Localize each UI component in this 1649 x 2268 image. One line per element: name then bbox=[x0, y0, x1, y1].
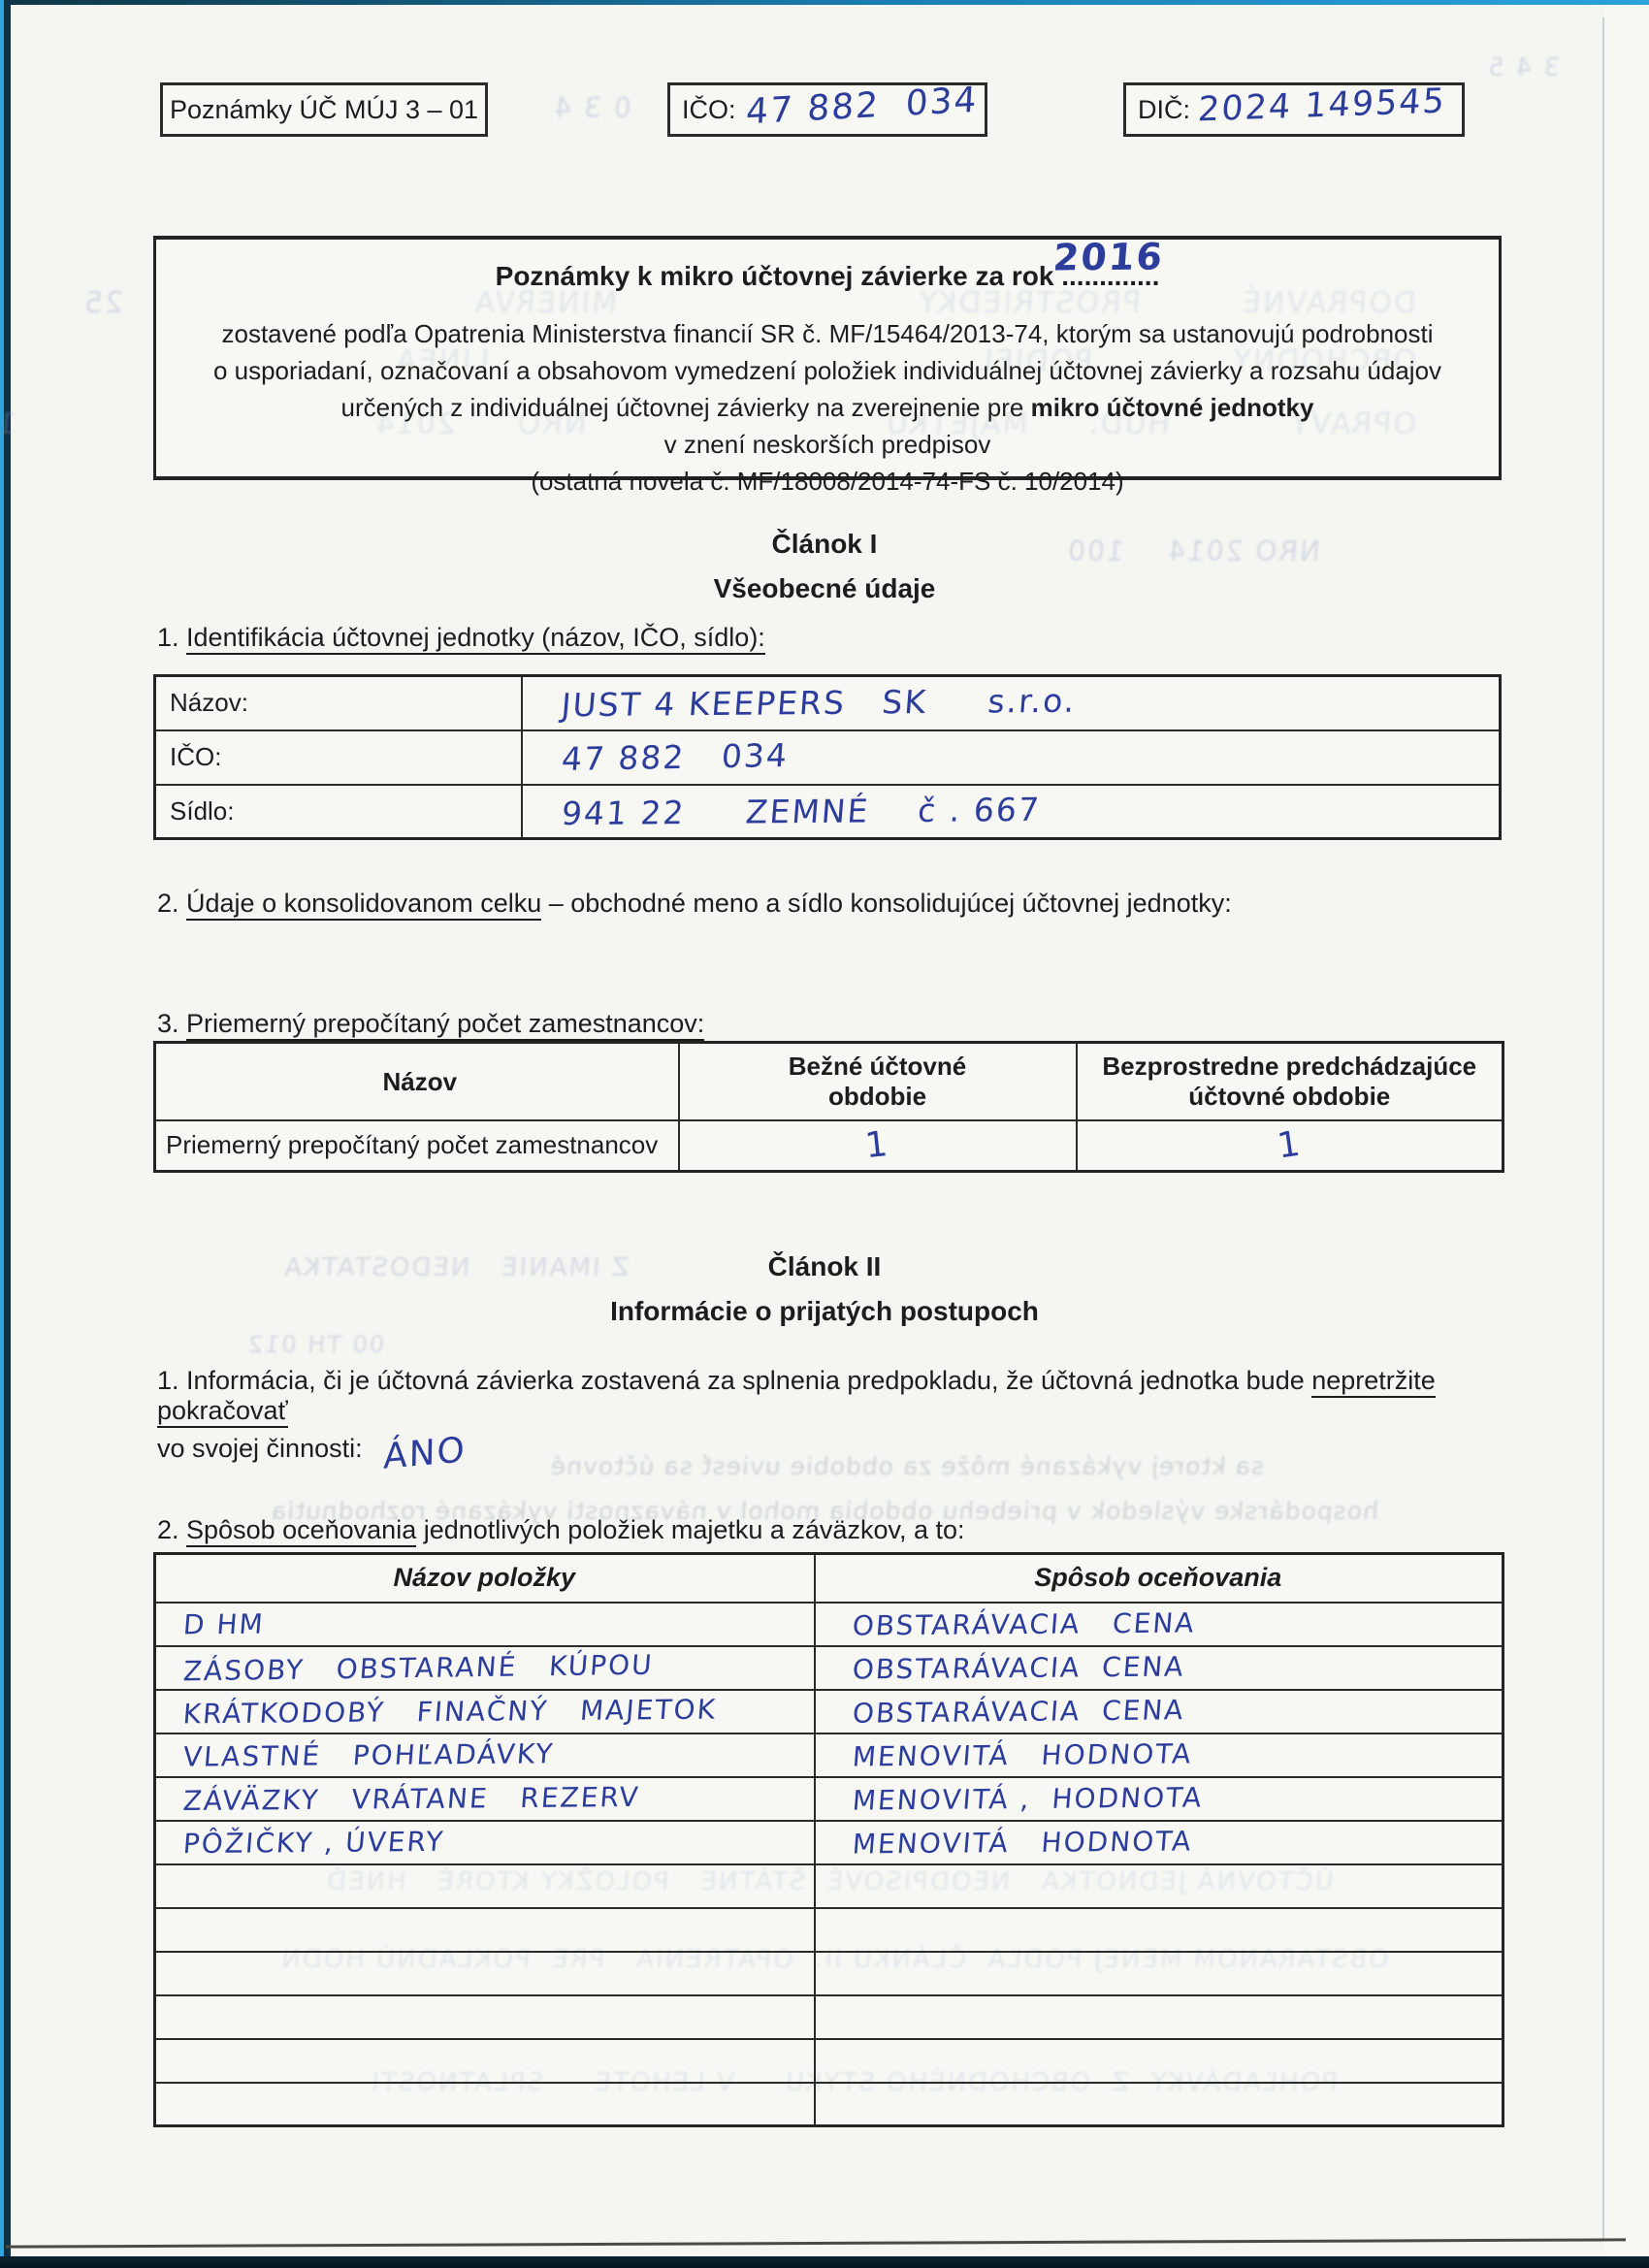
form-code-box: Poznámky ÚČ MÚJ 3 – 01 bbox=[160, 82, 488, 137]
dic-label: DIČ: bbox=[1138, 95, 1190, 125]
val-col-name: Názov položky bbox=[155, 1554, 815, 1603]
emp-col-previous: Bezprostredne predchádzajúce účtovné obd… bbox=[1077, 1043, 1503, 1121]
handwritten-value: 47 882 034 bbox=[560, 736, 790, 778]
header-line-bold: mikro účtovné jednotky bbox=[1031, 393, 1314, 422]
article1-title: Článok I bbox=[0, 522, 1649, 567]
valuation-table: Názov položky Spôsob oceňovania D HM OBS… bbox=[153, 1552, 1504, 2127]
article2-item1-line1: 1. Informácia, či je účtovná závierka zo… bbox=[157, 1366, 1515, 1426]
handwritten-method: OBSTARÁVACIA CENA bbox=[851, 1650, 1185, 1685]
header-frame: Poznámky k mikro účtovnej závierke za ro… bbox=[153, 236, 1502, 480]
table-row: ZÁSOBY OBSTARANÉ KÚPOU OBSTARÁVACIA CENA bbox=[155, 1646, 1503, 1690]
id-row-value: 47 882 034 bbox=[522, 730, 1501, 785]
handwritten-value: 941 22 ZEMNÉ č . 667 bbox=[560, 791, 1042, 832]
article1-item1-underlined: Identifikácia účtovnej jednotky (názov, … bbox=[186, 623, 765, 655]
handwritten-method: MENOVITÁ HODNOTA bbox=[851, 1737, 1193, 1772]
table-row: KRÁTKODOBÝ FINAČNÝ MAJETOK OBSTARÁVACIA … bbox=[155, 1690, 1503, 1733]
id-row-value: 941 22 ZEMNÉ č . 667 bbox=[522, 785, 1501, 839]
emp-col-current: Bežné účtovné obdobie bbox=[679, 1043, 1077, 1121]
form-code-label: Poznámky ÚČ MÚJ 3 – 01 bbox=[170, 95, 478, 125]
article2-item1-line2: vo svojej činnosti: ÁNO bbox=[157, 1434, 1515, 1474]
handwritten-method: MENOVITÁ HODNOTA bbox=[851, 1825, 1193, 1860]
handwritten-method: OBSTARÁVACIA CENA bbox=[851, 1606, 1196, 1641]
val-col-method: Spôsob oceňovania bbox=[815, 1554, 1503, 1603]
table-row bbox=[155, 1952, 1503, 1995]
table-header-row: Názov položky Spôsob oceňovania bbox=[155, 1554, 1503, 1603]
article2-item2: 2. Spôsob oceňovania jednotlivých položi… bbox=[157, 1515, 1515, 1545]
article2-title: Článok II bbox=[0, 1245, 1649, 1289]
ico-handwritten-value: 47 882 034 bbox=[745, 80, 979, 132]
dic-box: DIČ: 2024 149545 bbox=[1123, 82, 1465, 137]
table-row: Sídlo: 941 22 ZEMNÉ č . 667 bbox=[155, 785, 1501, 839]
header-line: zostavené podľa Opatrenia Ministerstva f… bbox=[156, 315, 1499, 352]
article1-heading: Článok I Všeobecné údaje bbox=[0, 522, 1649, 611]
handwritten-item-name: VLASTNÉ POHĽADÁVKY bbox=[182, 1737, 556, 1772]
table-row bbox=[155, 1864, 1503, 1908]
year-handwritten: 2016 bbox=[1051, 236, 1165, 279]
scan-edge-left-shadow bbox=[4, 0, 11, 2262]
identification-table: Názov: JUST 4 KEEPERS SK s.r.o. IČO: 47 … bbox=[153, 674, 1502, 840]
emp-current-value: 1 bbox=[679, 1120, 1077, 1171]
bleedthrough-text: 00 TH 012 bbox=[208, 1331, 423, 1358]
handwritten-item-name: ZÁVÄZKY VRÁTANE REZERV bbox=[182, 1780, 641, 1816]
table-row bbox=[155, 2039, 1503, 2083]
emp-row-label: Priemerný prepočítaný počet zamestnancov bbox=[155, 1120, 679, 1171]
article1-item3: 3. Priemerný prepočítaný počet zamestnan… bbox=[157, 1009, 704, 1039]
header-line: určených z individuálnej účtovnej závier… bbox=[156, 389, 1499, 426]
table-row: VLASTNÉ POHĽADÁVKY MENOVITÁ HODNOTA bbox=[155, 1733, 1503, 1777]
dic-handwritten-value: 2024 149545 bbox=[1197, 81, 1447, 129]
handwritten-value: JUST 4 KEEPERS SK s.r.o. bbox=[560, 682, 1078, 725]
table-header-row: Názov Bežné účtovné obdobie Bezprostredn… bbox=[155, 1043, 1503, 1121]
emp-previous-value: 1 bbox=[1077, 1120, 1503, 1171]
table-row: IČO: 47 882 034 bbox=[155, 730, 1501, 785]
handwritten-value: 1 bbox=[1275, 1124, 1304, 1167]
emp-col-nazov: Názov bbox=[155, 1043, 679, 1121]
id-row-label: Názov: bbox=[155, 676, 522, 730]
article2-item1: 1. Informácia, či je účtovná závierka zo… bbox=[157, 1366, 1515, 1474]
handwritten-item-name: D HM bbox=[182, 1607, 266, 1640]
bleedthrough-text: 0 3 4 bbox=[513, 92, 670, 124]
table-row: Priemerný prepočítaný počet zamestnancov… bbox=[155, 1120, 1503, 1171]
handwritten-item-name: PÔŽIČKY , ÚVERY bbox=[182, 1825, 446, 1859]
employee-count-table: Názov Bežné účtovné obdobie Bezprostredn… bbox=[153, 1041, 1504, 1173]
table-row: ZÁVÄZKY VRÁTANE REZERV MENOVITÁ , HODNOT… bbox=[155, 1777, 1503, 1821]
article1-item2-underlined: Údaje o konsolidovanom celku bbox=[186, 889, 541, 921]
handwritten-value: 1 bbox=[863, 1124, 891, 1166]
scanned-document-page: { "page": { "form_code": "Poznámky ÚČ MÚ… bbox=[0, 0, 1649, 2268]
scan-edge-bottom bbox=[0, 2256, 1649, 2268]
article2-heading: Článok II Informácie o prijatých postupo… bbox=[0, 1245, 1649, 1334]
handwritten-item-name: ZÁSOBY OBSTARANÉ KÚPOU bbox=[182, 1648, 655, 1687]
handwritten-item-name: KRÁTKODOBÝ FINAČNÝ MAJETOK bbox=[182, 1693, 719, 1730]
table-row: Názov: JUST 4 KEEPERS SK s.r.o. bbox=[155, 676, 1501, 730]
paper-right-margin bbox=[1604, 5, 1649, 2256]
id-row-label: Sídlo: bbox=[155, 785, 522, 839]
table-row bbox=[155, 2083, 1503, 2126]
header-line: (ostatná novela č. MF/18008/2014-74-FS č… bbox=[156, 463, 1499, 500]
article2-item2-underlined: Spôsob oceňovania bbox=[186, 1515, 416, 1547]
answer-handwritten: ÁNO bbox=[383, 1430, 467, 1477]
article2-subtitle: Informácie o prijatých postupoch bbox=[0, 1289, 1649, 1334]
header-title: Poznámky k mikro účtovnej závierke za ro… bbox=[496, 261, 1160, 292]
header-line: v znení neskorších predpisov bbox=[156, 426, 1499, 463]
article1-item2: 2. Údaje o konsolidovanom celku – obchod… bbox=[157, 889, 1515, 919]
ico-box: IČO: 47 882 034 bbox=[667, 82, 987, 137]
header-paragraph: zostavené podľa Opatrenia Ministerstva f… bbox=[156, 315, 1499, 500]
table-row bbox=[155, 1995, 1503, 2039]
id-row-label: IČO: bbox=[155, 730, 522, 785]
paper-bottom-edge bbox=[6, 2238, 1626, 2248]
header-line: o usporiadaní, označovaní a obsahovom vy… bbox=[156, 352, 1499, 389]
table-row: PÔŽIČKY , ÚVERY MENOVITÁ HODNOTA bbox=[155, 1821, 1503, 1864]
article1-item3-underlined: Priemerný prepočítaný počet zamestnancov… bbox=[186, 1009, 704, 1041]
ico-label: IČO: bbox=[682, 95, 736, 125]
table-row: D HM OBSTARÁVACIA CENA bbox=[155, 1603, 1503, 1646]
article1-subtitle: Všeobecné údaje bbox=[0, 567, 1649, 611]
id-row-value: JUST 4 KEEPERS SK s.r.o. bbox=[522, 676, 1501, 730]
article1-item1: 1. Identifikácia účtovnej jednotky (názo… bbox=[157, 623, 765, 653]
handwritten-method: OBSTARÁVACIA CENA bbox=[851, 1694, 1185, 1730]
scan-edge-top bbox=[0, 0, 1649, 5]
table-row bbox=[155, 1908, 1503, 1952]
handwritten-method: MENOVITÁ , HODNOTA bbox=[851, 1781, 1204, 1816]
bleedthrough-text: 3 4 5 bbox=[1435, 53, 1611, 82]
